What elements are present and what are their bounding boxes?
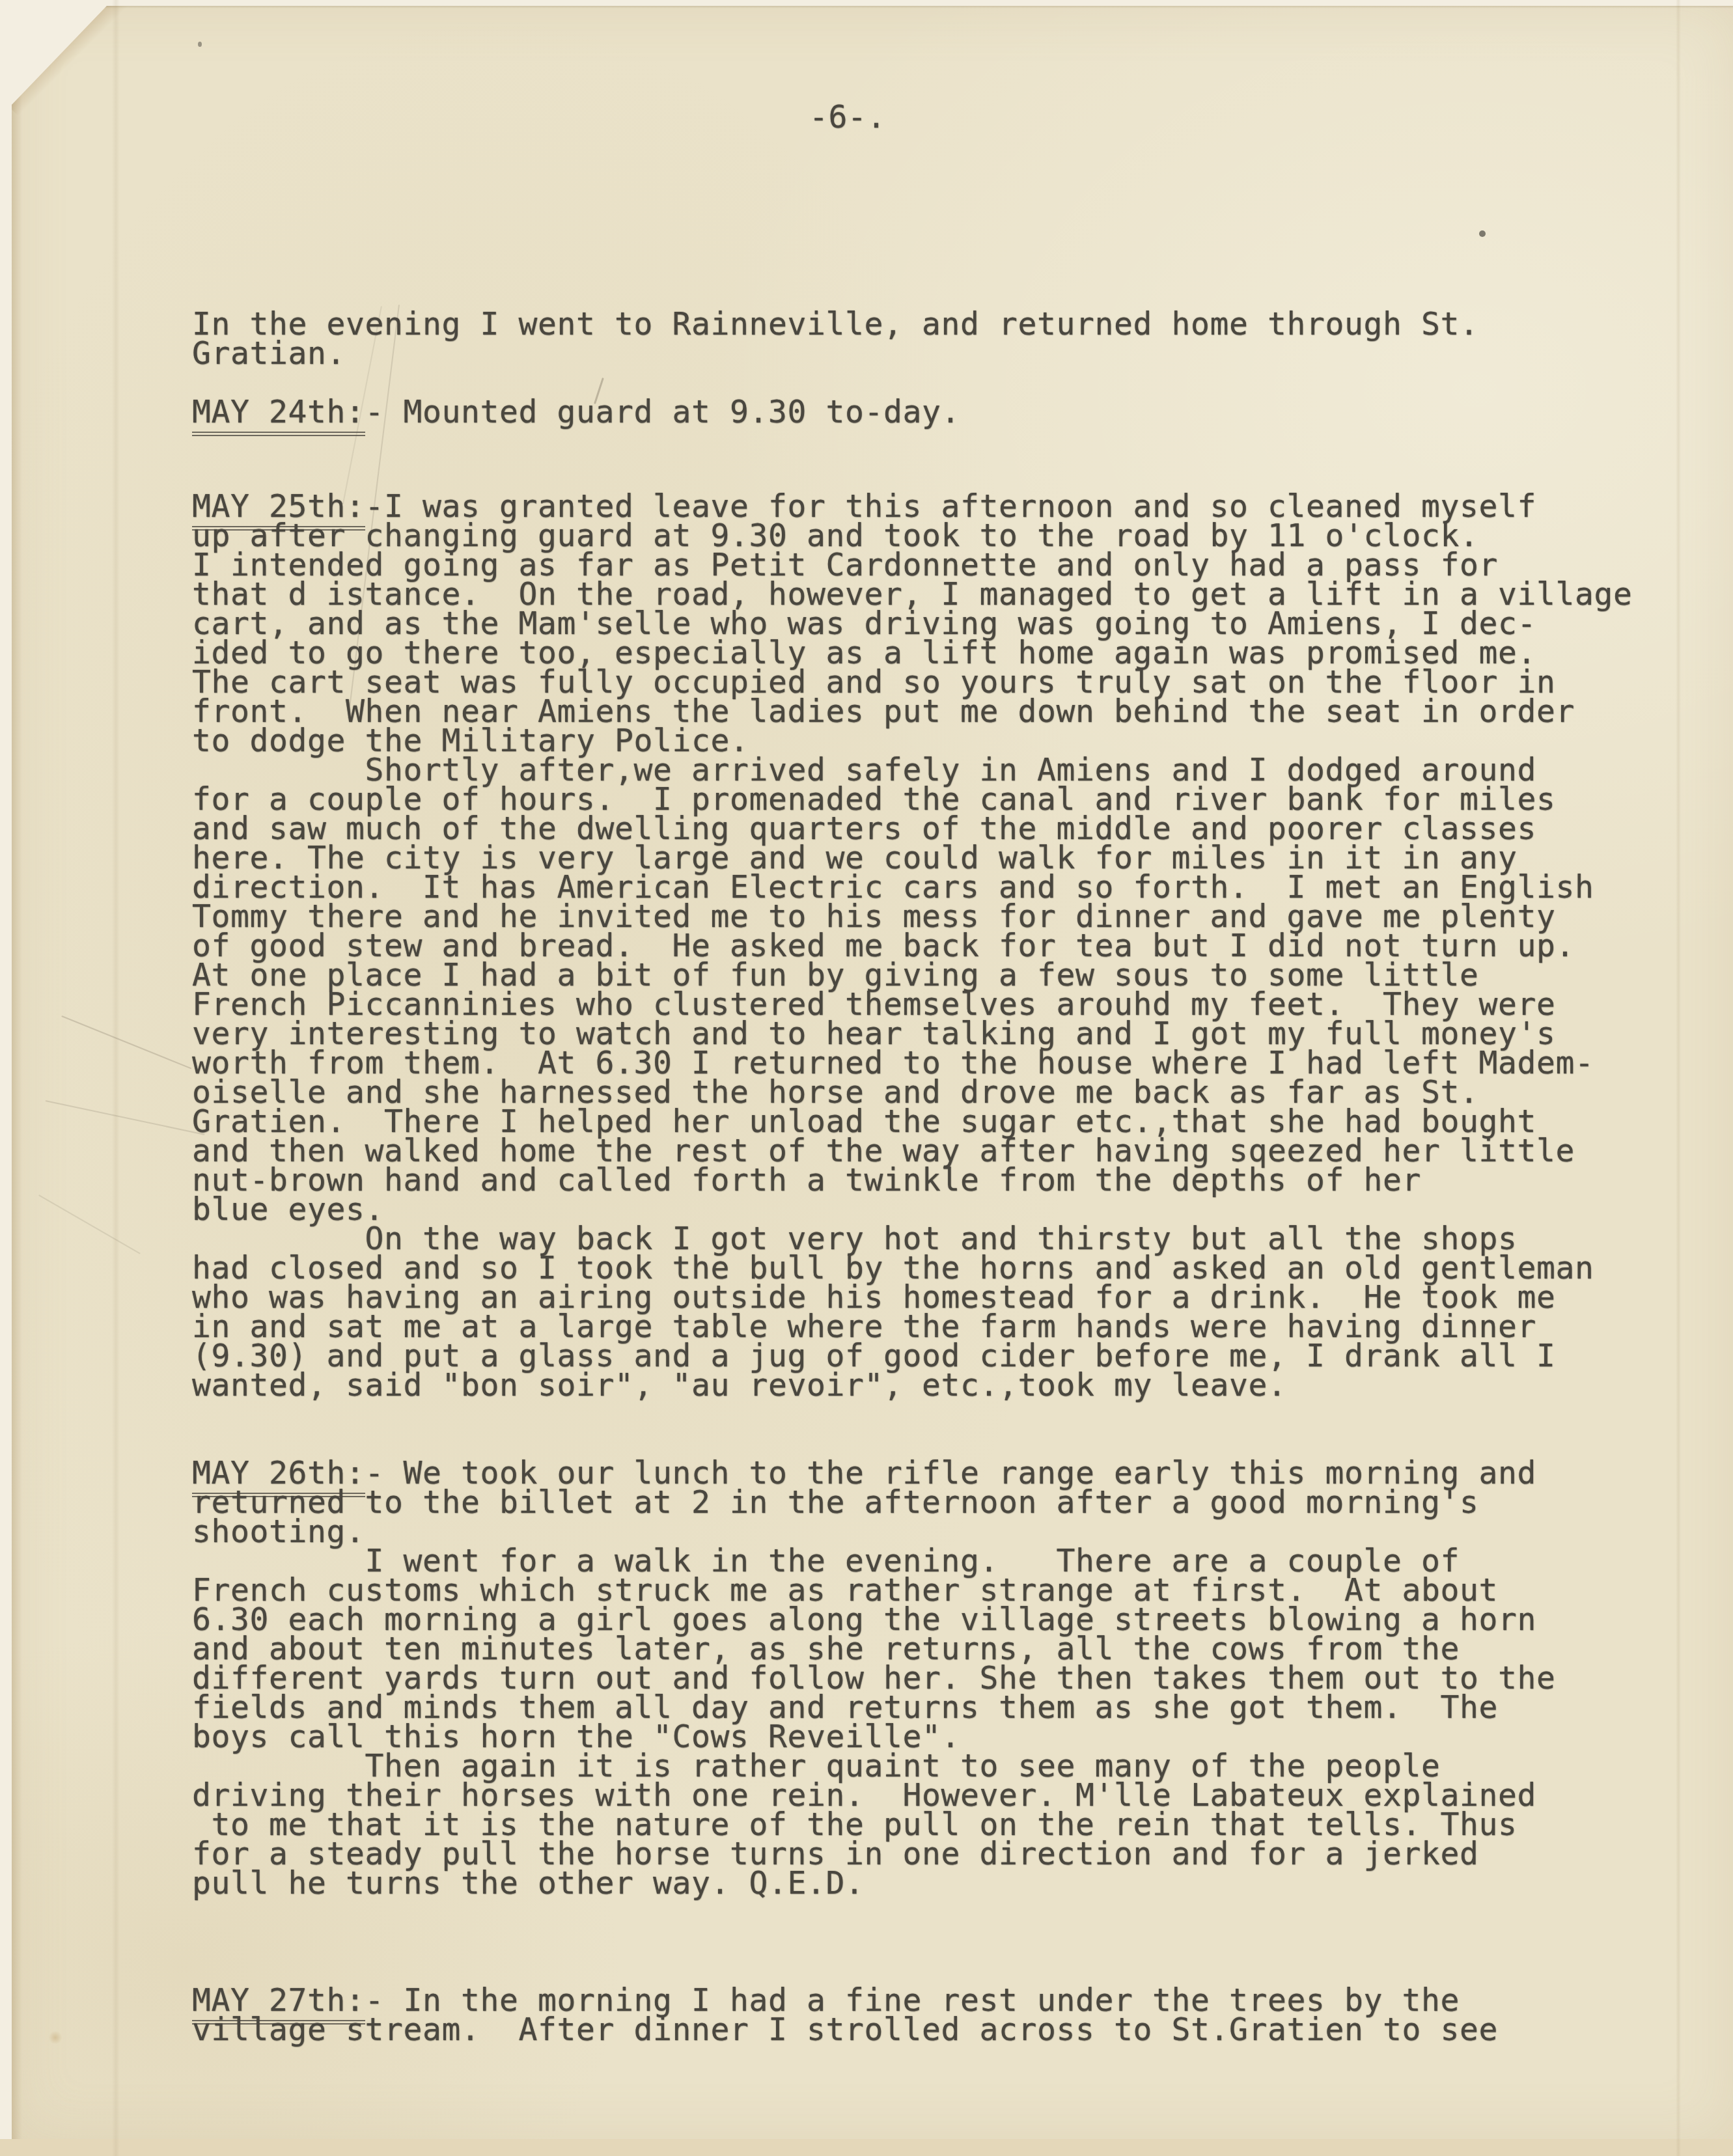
diary-line: nut-brown hand and called forth a twinkl… <box>192 1166 1676 1195</box>
diary-line: wanted, said "bon soir", "au revoir", et… <box>192 1371 1676 1400</box>
entry-first-line-text: - Mounted guard at 9.30 to-day. <box>365 394 960 430</box>
entry-date-heading: MAY 24th: <box>192 394 365 436</box>
diary-line: pull he turns the other way. Q.E.D. <box>192 1869 1676 1898</box>
page-top-edge <box>12 6 1733 8</box>
diary-line: In the evening I went to Rainneville, an… <box>192 310 1676 339</box>
diary-entry: MAY 27th:- In the morning I had a fine r… <box>192 1986 1676 2045</box>
scanner-background-strip <box>0 2139 1733 2156</box>
diary-line: Gratian. <box>192 339 1676 368</box>
page-number: -6-. <box>809 103 886 132</box>
diary-line: village stream. After dinner I strolled … <box>192 2015 1676 2045</box>
page-corner-shade <box>3 0 156 116</box>
diary-entry: MAY 24th:- Mounted guard at 9.30 to-day. <box>192 398 1676 427</box>
diary-entry: MAY 26th:- We took our lunch to the rifl… <box>192 1459 1676 1898</box>
diary-entry: MAY 25th:-I was granted leave for this a… <box>192 492 1676 1400</box>
diary-entry: In the evening I went to Rainneville, an… <box>192 310 1676 368</box>
diary-line: MAY 24th:- Mounted guard at 9.30 to-day. <box>192 398 1676 427</box>
diary-line: returned to the billet at 2 in the after… <box>192 1488 1676 1517</box>
scanned-diary-page: { "page": { "number": "-6-.", "paper_col… <box>0 0 1733 2156</box>
typewritten-text: In the evening I went to Rainneville, an… <box>192 310 1676 2045</box>
page-left-edge <box>12 6 22 2139</box>
